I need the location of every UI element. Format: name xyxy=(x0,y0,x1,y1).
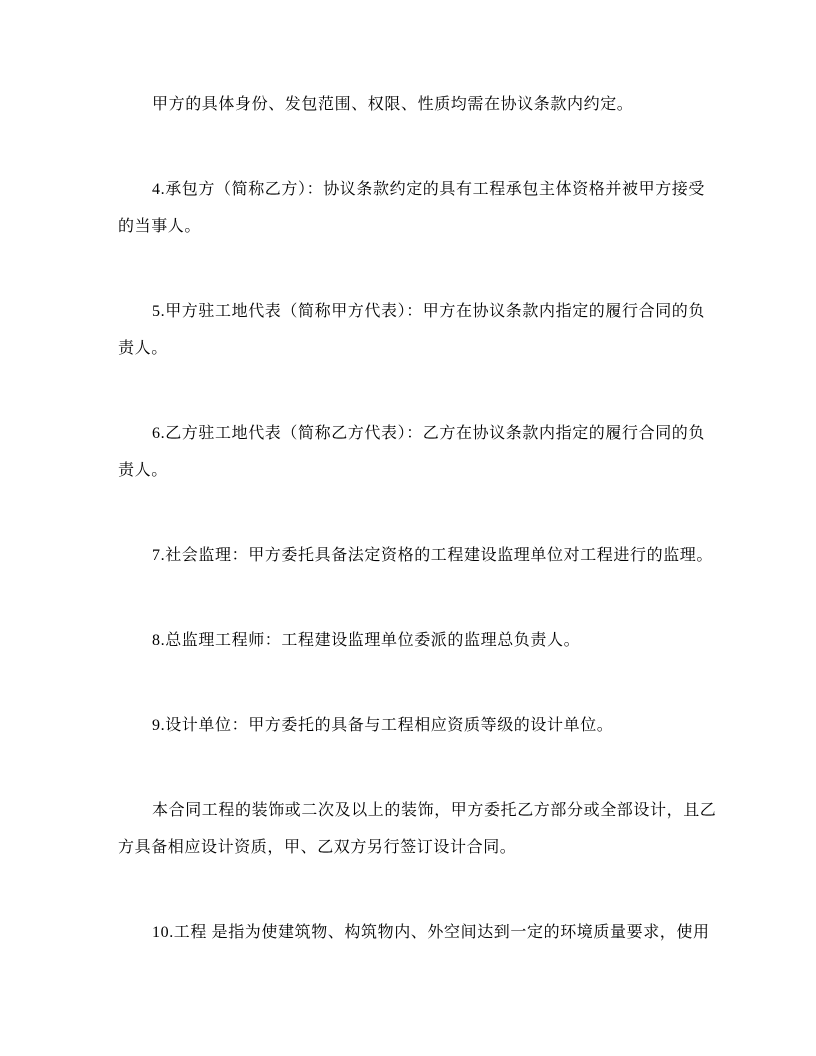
text-line: 责人。 xyxy=(118,330,700,367)
text-line: 9.设计单位：甲方委托的具备与工程相应资质等级的设计单位。 xyxy=(118,707,700,744)
text-line: 7.社会监理：甲方委托具备法定资格的工程建设监理单位对工程进行的监理。 xyxy=(118,537,700,574)
paragraph: 4.承包方（简称乙方）：协议条款约定的具有工程承包主体资格并被甲方接受的当事人。 xyxy=(118,171,700,245)
document-page: 甲方的具体身份、发包范围、权限、性质均需在协议条款内约定。4.承包方（简称乙方）… xyxy=(0,0,816,1056)
text-line: 10.工程 是指为使建筑物、构筑物内、外空间达到一定的环境质量要求，使用 xyxy=(118,914,700,951)
text-line: 4.承包方（简称乙方）：协议条款约定的具有工程承包主体资格并被甲方接受 xyxy=(118,171,700,208)
paragraph: 5.甲方驻工地代表（简称甲方代表）：甲方在协议条款内指定的履行合同的负责人。 xyxy=(118,293,700,367)
text-line: 方具备相应设计资质，甲、乙双方另行签订设计合同。 xyxy=(118,829,700,866)
text-line: 6.乙方驻工地代表（简称乙方代表）：乙方在协议条款内指定的履行合同的负 xyxy=(118,415,700,452)
paragraph: 7.社会监理：甲方委托具备法定资格的工程建设监理单位对工程进行的监理。 xyxy=(118,537,700,574)
paragraph: 6.乙方驻工地代表（简称乙方代表）：乙方在协议条款内指定的履行合同的负责人。 xyxy=(118,415,700,489)
paragraph: 9.设计单位：甲方委托的具备与工程相应资质等级的设计单位。 xyxy=(118,707,700,744)
document-body: 甲方的具体身份、发包范围、权限、性质均需在协议条款内约定。4.承包方（简称乙方）… xyxy=(118,86,700,999)
paragraph: 8.总监理工程师：工程建设监理单位委派的监理总负责人。 xyxy=(118,622,700,659)
text-line: 甲方的具体身份、发包范围、权限、性质均需在协议条款内约定。 xyxy=(118,86,700,123)
text-line: 的当事人。 xyxy=(118,208,700,245)
paragraph: 甲方的具体身份、发包范围、权限、性质均需在协议条款内约定。 xyxy=(118,86,700,123)
text-line: 5.甲方驻工地代表（简称甲方代表）：甲方在协议条款内指定的履行合同的负 xyxy=(118,293,700,330)
text-line: 8.总监理工程师：工程建设监理单位委派的监理总负责人。 xyxy=(118,622,700,659)
text-line: 本合同工程的装饰或二次及以上的装饰，甲方委托乙方部分或全部设计，且乙 xyxy=(118,792,700,829)
paragraph: 本合同工程的装饰或二次及以上的装饰，甲方委托乙方部分或全部设计，且乙方具备相应设… xyxy=(118,792,700,866)
text-line: 责人。 xyxy=(118,452,700,489)
paragraph: 10.工程 是指为使建筑物、构筑物内、外空间达到一定的环境质量要求，使用 xyxy=(118,914,700,951)
